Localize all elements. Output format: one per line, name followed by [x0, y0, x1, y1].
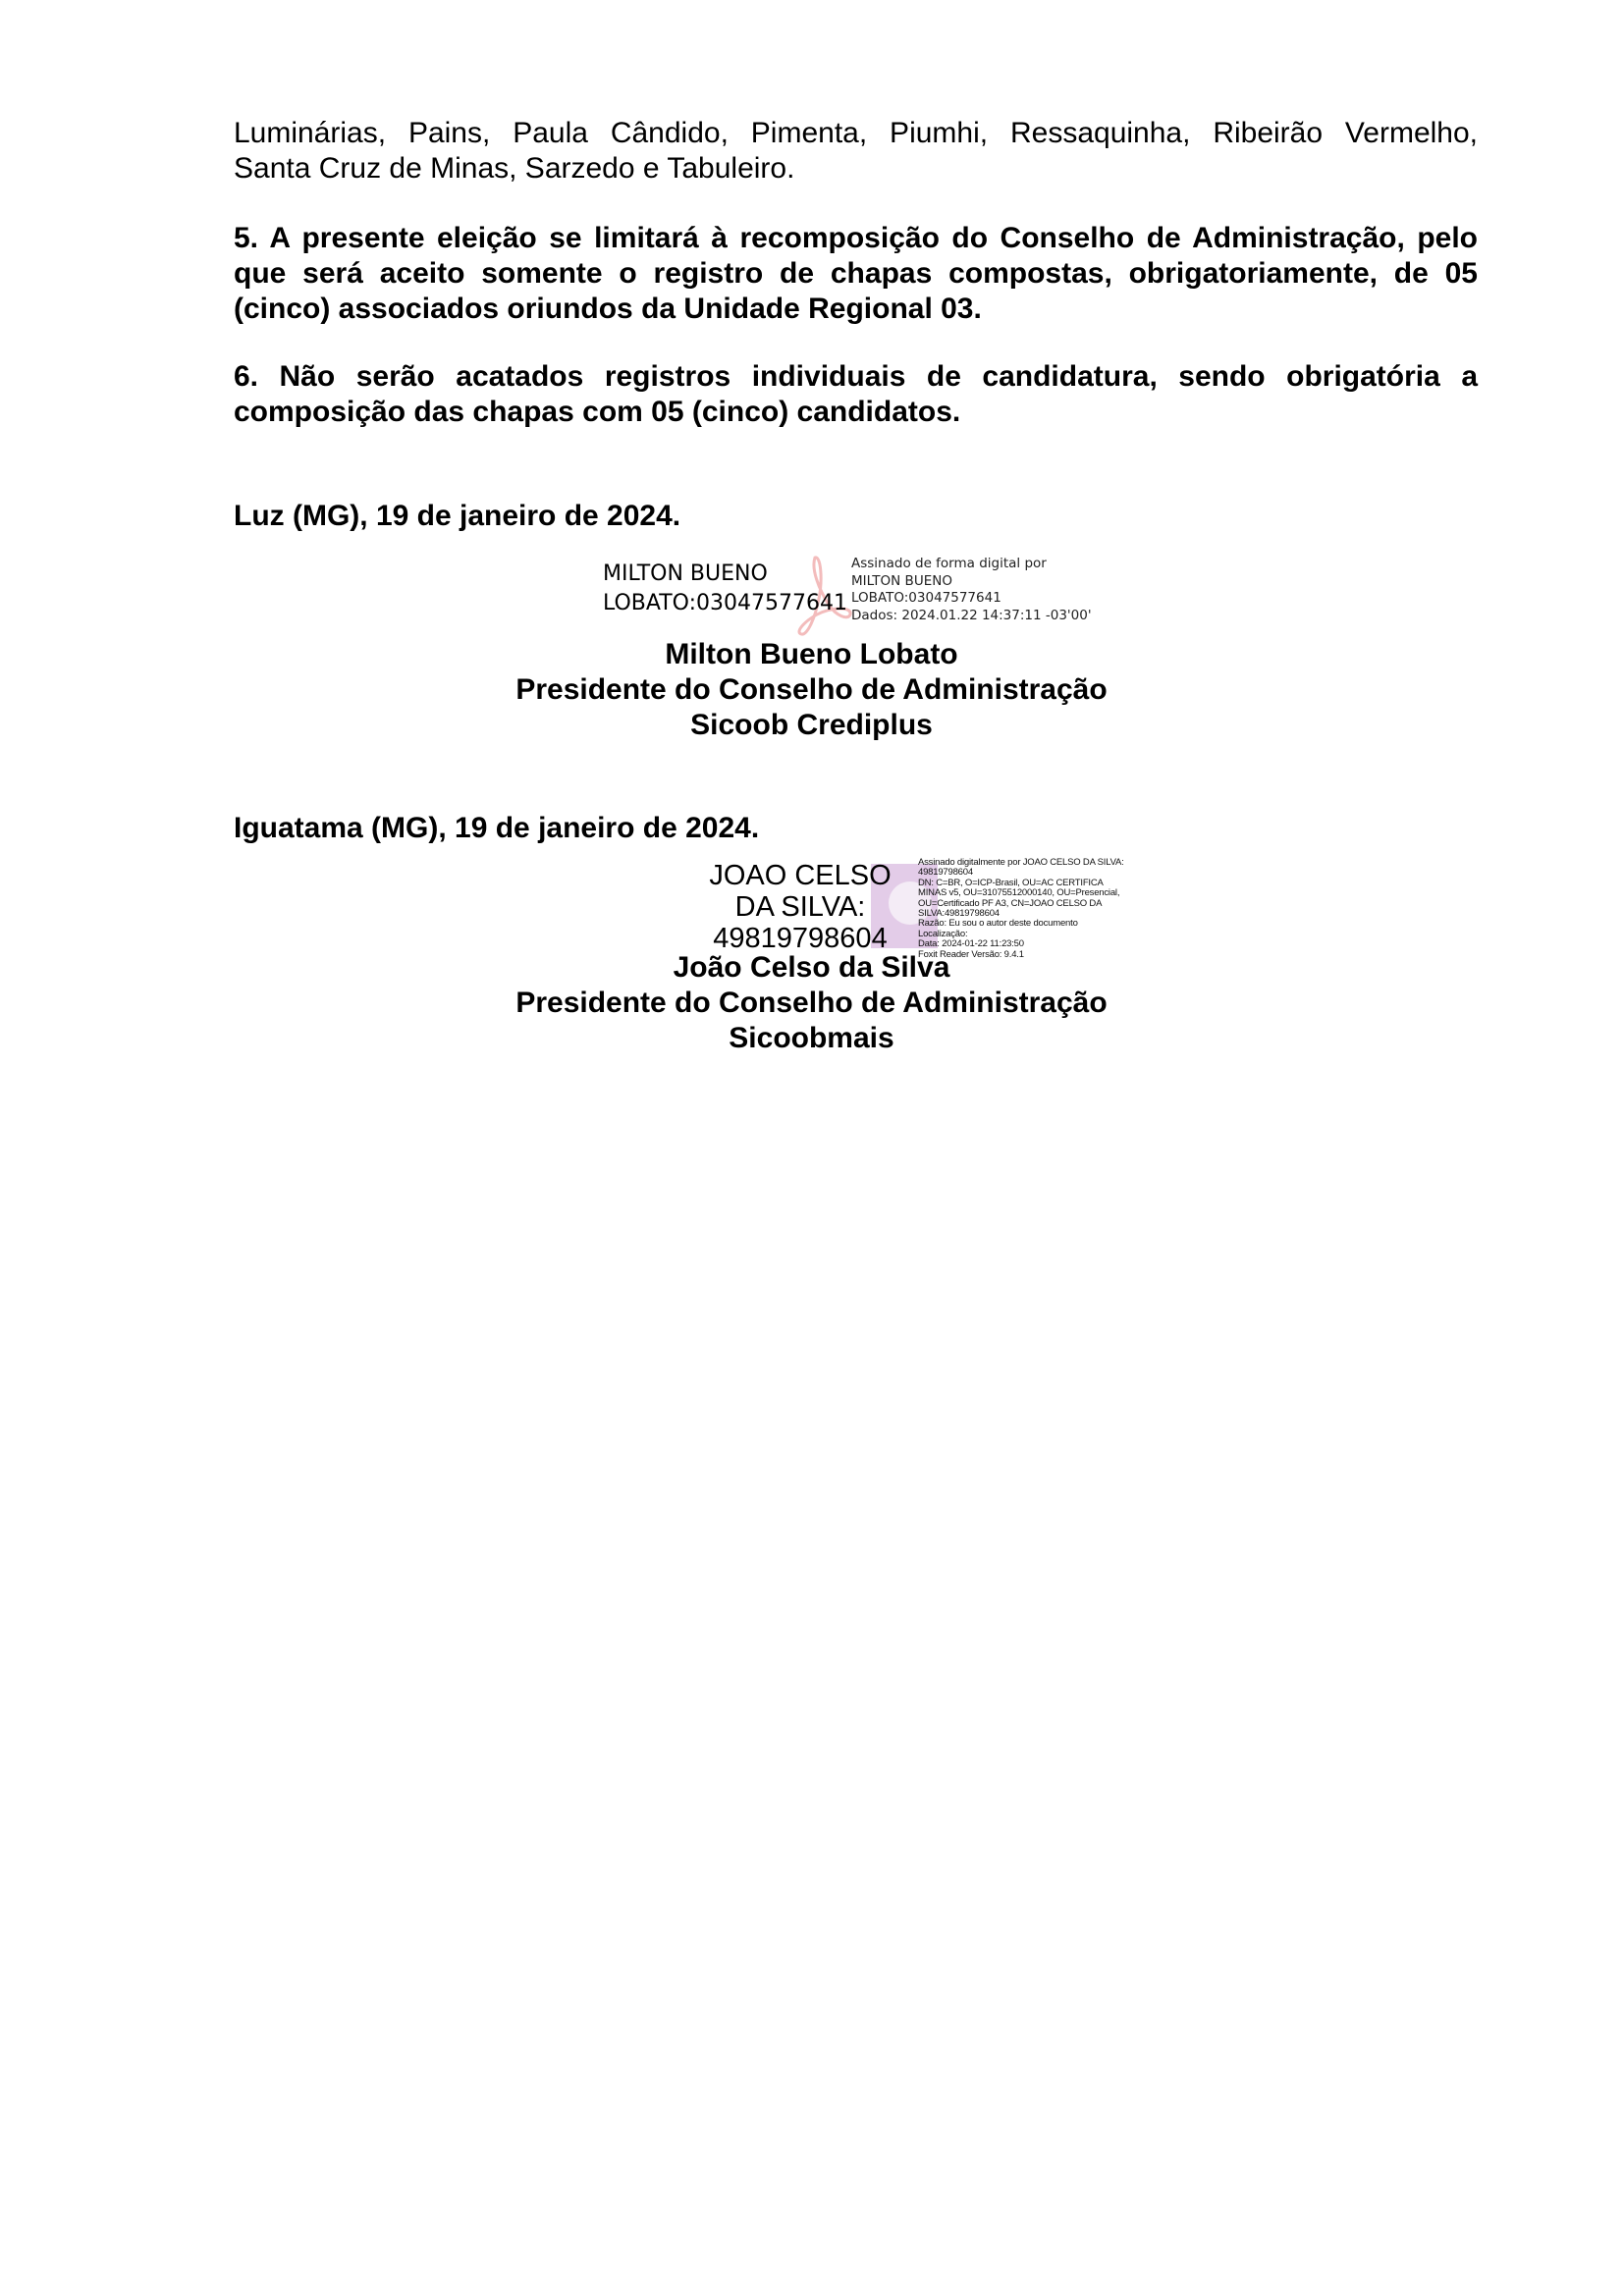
paragraph-item-6: 6. Não serão acatados registros individu…: [234, 359, 1478, 430]
signatory-role: Presidente do Conselho de Administração: [0, 986, 1623, 1021]
stamp-name-line: JOAO CELSO: [687, 860, 913, 891]
text-line: que será aceito somente o registro de ch…: [234, 256, 1478, 292]
text-line: 6. Não serão acatados registros individu…: [234, 359, 1478, 395]
stamp-name-line: MILTON BUENO: [603, 560, 847, 589]
signatory-name: Milton Bueno Lobato: [0, 637, 1623, 672]
stamp-detail-line: Assinado de forma digital por: [851, 556, 1092, 573]
signature-details: Assinado de forma digital por MILTON BUE…: [851, 556, 1092, 624]
text-line: 5. A presente eleição se limitará à reco…: [234, 221, 1478, 256]
text-line: Luminárias, Pains, Paula Cândido, Piment…: [234, 116, 1478, 151]
stamp-detail-line: LOBATO:03047577641: [851, 590, 1092, 608]
digital-signature-stamp-milton[interactable]: MILTON BUENO LOBATO:03047577641 Assinado…: [603, 554, 1094, 632]
signatory-milton: Milton Bueno Lobato Presidente do Consel…: [0, 637, 1623, 743]
signer-name-large: MILTON BUENO LOBATO:03047577641: [603, 560, 847, 618]
text-line: composição das chapas com 05 (cinco) can…: [234, 395, 1478, 430]
signatory-organization: Sicoobmais: [0, 1021, 1623, 1056]
signatory-organization: Sicoob Crediplus: [0, 708, 1623, 743]
signatory-joao: João Celso da Silva Presidente do Consel…: [0, 950, 1623, 1056]
stamp-name-line: DA SILVA:: [687, 891, 913, 923]
signer-name-large: JOAO CELSO DA SILVA: 49819798604: [687, 860, 913, 954]
digital-signature-stamp-joao[interactable]: JOAO CELSO DA SILVA: 49819798604 Assinad…: [687, 854, 1149, 957]
stamp-detail-line: Dados: 2024.01.22 14:37:11 -03'00': [851, 608, 1092, 625]
text-line: (cinco) associados oriundos da Unidade R…: [234, 292, 1478, 327]
place-date-luz: Luz (MG), 19 de janeiro de 2024.: [234, 499, 680, 534]
stamp-detail-line: MILTON BUENO: [851, 573, 1092, 591]
signature-details: Assinado digitalmente por JOAO CELSO DA …: [918, 858, 1124, 960]
paragraph-municipalities: Luminárias, Pains, Paula Cândido, Piment…: [234, 116, 1478, 187]
document-page: Luminárias, Pains, Paula Cândido, Piment…: [0, 0, 1623, 2296]
signatory-role: Presidente do Conselho de Administração: [0, 672, 1623, 708]
signatory-name: João Celso da Silva: [0, 950, 1623, 986]
text-line: Santa Cruz de Minas, Sarzedo e Tabuleiro…: [234, 151, 1478, 187]
paragraph-item-5: 5. A presente eleição se limitará à reco…: [234, 221, 1478, 327]
place-date-iguatama: Iguatama (MG), 19 de janeiro de 2024.: [234, 811, 759, 846]
stamp-name-line: LOBATO:03047577641: [603, 589, 847, 618]
